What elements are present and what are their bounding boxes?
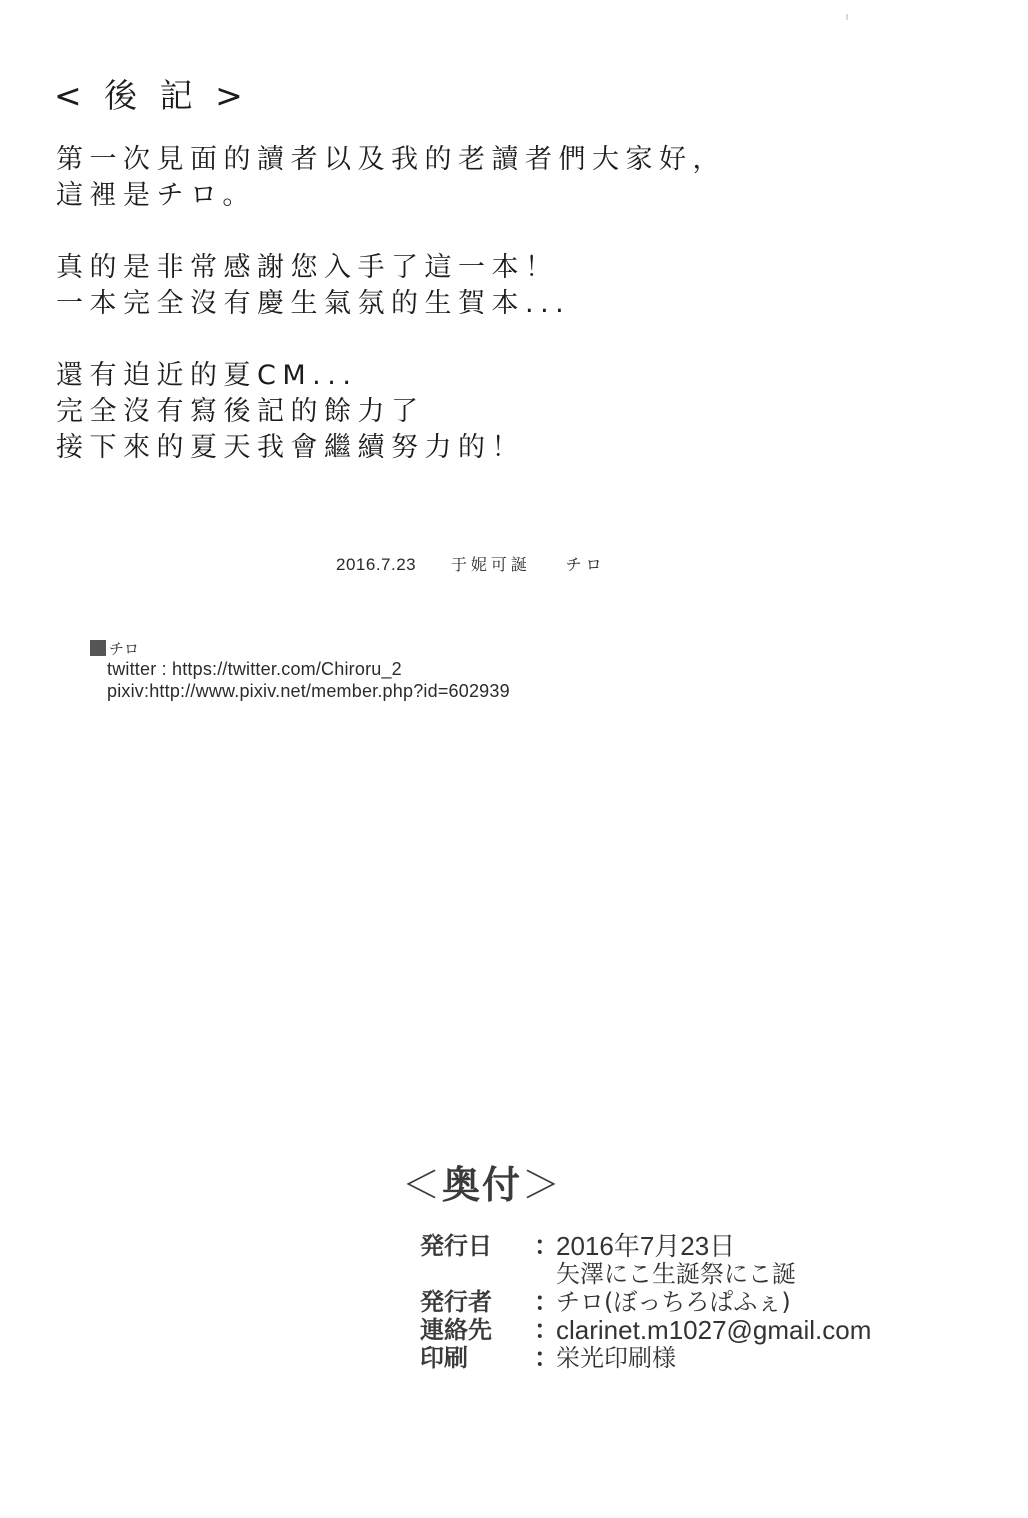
row-colon: ： — [534, 1344, 556, 1372]
afterword-line: 接下來的夏天我會繼續努力的！ — [56, 430, 726, 466]
afterword-line: 還有迫近的夏CM... — [56, 358, 726, 394]
colophon-table: 発行日 ： 2016年7月23日 ： 矢澤にこ生誕祭にこ誕 発行者 ： チロ(ぼ… — [420, 1232, 871, 1372]
colophon-row-printer: 印刷 ： 栄光印刷様 — [420, 1344, 871, 1372]
row-value-email: clarinet.m1027@gmail.com — [556, 1316, 871, 1344]
square-bullet-icon — [90, 640, 106, 656]
row-value: 2016年7月23日 — [556, 1232, 735, 1260]
afterword-paragraph: 還有迫近的夏CM... 完全沒有寫後記的餘力了 接下來的夏天我會繼續努力的！ — [56, 358, 726, 466]
row-colon: ： — [534, 1316, 556, 1344]
row-label: 発行者 — [420, 1288, 534, 1316]
contact-heading: チロ — [90, 638, 510, 658]
twitter-link: twitter : https://twitter.com/Chiroru_2 — [90, 658, 510, 680]
afterword-paragraph: 真的是非常感謝您入手了這一本！ 一本完全沒有慶生氣氛的生賀本... — [56, 250, 726, 322]
afterword-line: 這裡是チロ。 — [56, 178, 726, 214]
colophon-row-publish-date: 発行日 ： 2016年7月23日 — [420, 1232, 871, 1260]
row-label: 印刷 — [420, 1344, 534, 1372]
row-value: チロ(ぼっちろぱふぇ) — [556, 1288, 791, 1316]
author-contact-block: チロ twitter : https://twitter.com/Chiroru… — [90, 638, 510, 702]
colophon-row-publisher: 発行者 ： チロ(ぼっちろぱふぇ) — [420, 1288, 871, 1316]
row-colon: ： — [534, 1232, 556, 1260]
row-label: 連絡先 — [420, 1316, 534, 1344]
afterword-body: 第一次見面的讀者以及我的老讀者們大家好， 這裡是チロ。 真的是非常感謝您入手了這… — [56, 142, 726, 502]
row-value: 矢澤にこ生誕祭にこ誕 — [556, 1260, 796, 1288]
colophon-title: ＜奥付＞ — [402, 1154, 562, 1209]
contact-name: チロ — [109, 638, 139, 659]
colophon-row-event: ： 矢澤にこ生誕祭にこ誕 — [420, 1260, 871, 1288]
signature-author: チロ — [566, 555, 606, 574]
afterword-title: < 後 記 > — [54, 70, 249, 117]
signature-date: 2016.7.23 — [336, 555, 416, 574]
afterword-line: 第一次見面的讀者以及我的老讀者們大家好， — [56, 142, 726, 178]
row-label: 発行日 — [420, 1232, 534, 1260]
signature-event: 于妮可誕 — [451, 555, 531, 574]
colophon-title-text: 奥付 — [442, 1163, 522, 1207]
pixiv-link: pixiv:http://www.pixiv.net/member.php?id… — [90, 680, 510, 702]
row-value: 栄光印刷様 — [556, 1344, 676, 1372]
bracket-close: ＞ — [522, 1163, 562, 1207]
bracket-open: ＜ — [402, 1163, 442, 1207]
row-colon: ： — [534, 1288, 556, 1316]
signature-line: 2016.7.23 于妮可誕 チロ — [336, 552, 606, 575]
colophon-row-contact: 連絡先 ： clarinet.m1027@gmail.com — [420, 1316, 871, 1344]
afterword-line: 真的是非常感謝您入手了這一本！ — [56, 250, 726, 286]
afterword-line: 完全沒有寫後記的餘力了 — [56, 394, 726, 430]
scan-artifact — [846, 14, 848, 20]
afterword-line: 一本完全沒有慶生氣氛的生賀本... — [56, 286, 726, 322]
afterword-paragraph: 第一次見面的讀者以及我的老讀者們大家好， 這裡是チロ。 — [56, 142, 726, 214]
